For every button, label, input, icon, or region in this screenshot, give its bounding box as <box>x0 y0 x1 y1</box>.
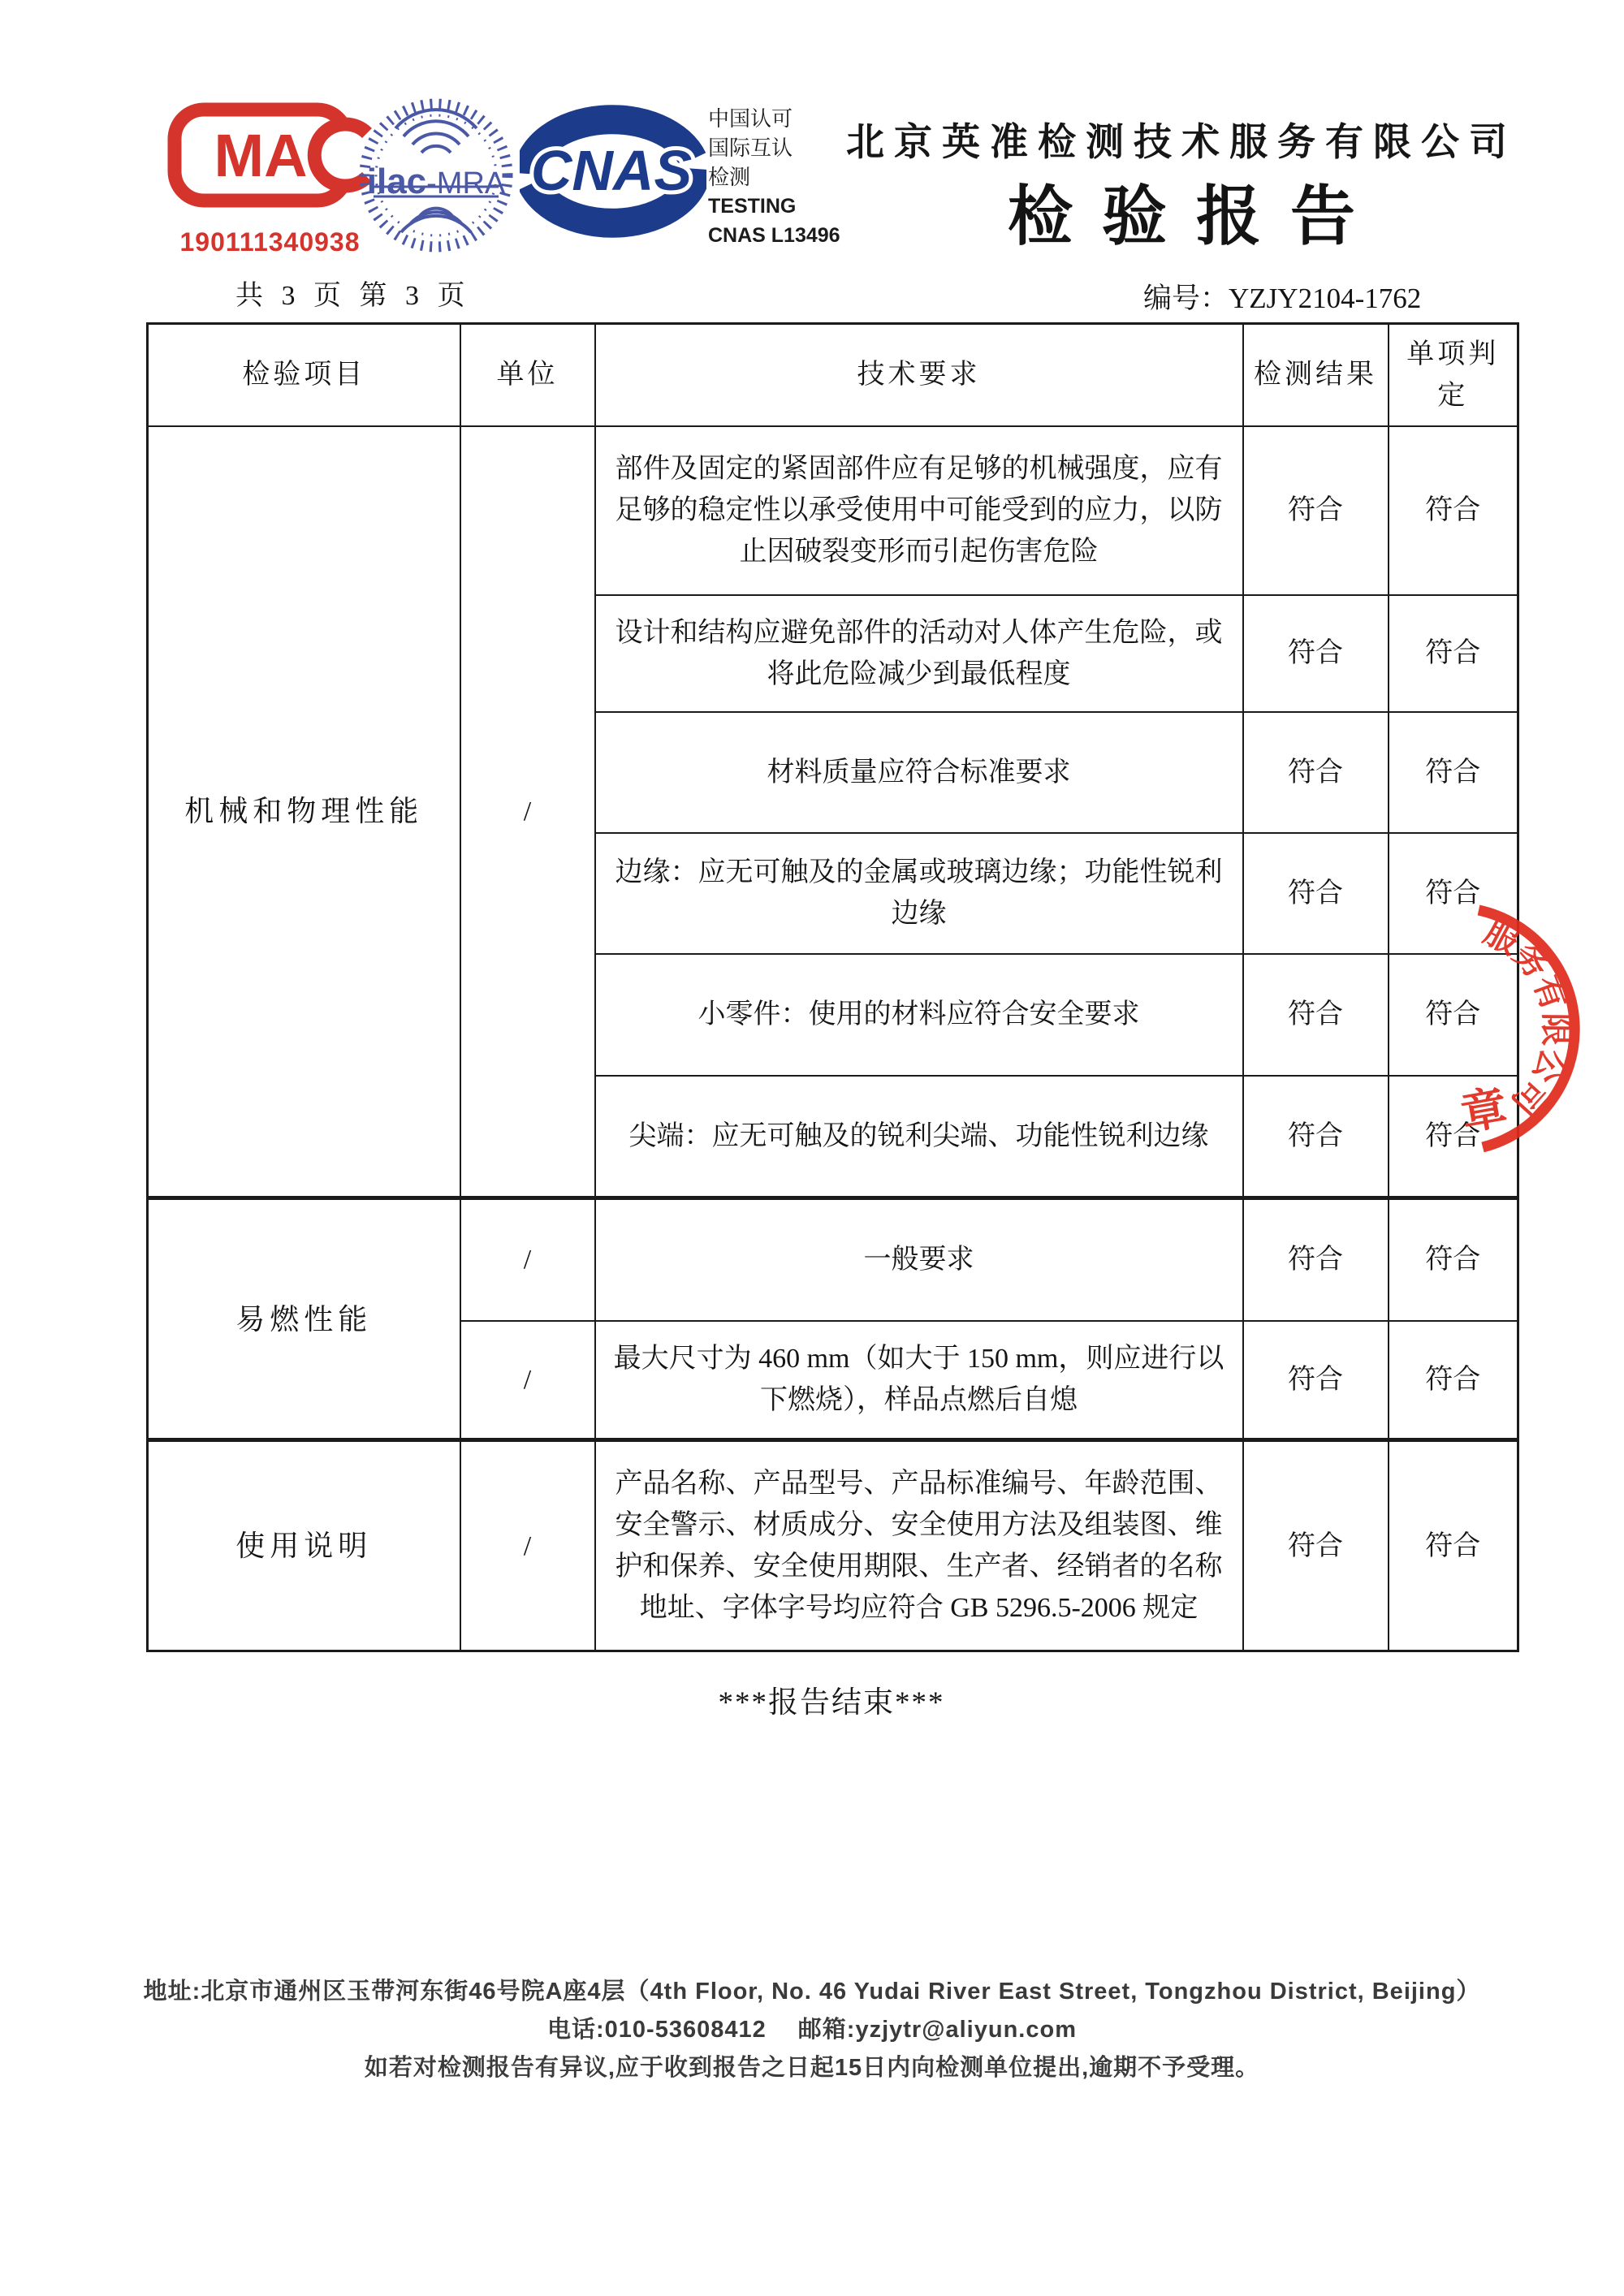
cnas-letters: CNAS <box>531 139 692 202</box>
footer-notice: 如若对检测报告有异议,应于收到报告之日起15日内向检测单位提出,逾期不予受理。 <box>0 2049 1624 2087</box>
cma-letters: MA <box>214 122 307 189</box>
report-number-label: 编号： <box>1143 283 1229 314</box>
result-cell: 符合 <box>1243 954 1389 1076</box>
unit-cell: / <box>460 1198 595 1321</box>
judge-cell: 符合 <box>1389 1321 1518 1440</box>
judge-cell: 符合 <box>1389 1076 1518 1198</box>
table-row: 机械和物理性能 / 部件及固定的紧固部件应有足够的机械强度，应有足够的稳定性以承… <box>148 426 1518 595</box>
table-row: 使用说明 / 产品名称、产品型号、产品标准编号、年龄范围、安全警示、材质成分、安… <box>148 1440 1518 1651</box>
ilac-mra-letters: ilac-MRA <box>367 162 506 201</box>
col-header-item: 检验项目 <box>148 324 460 426</box>
company-name: 北京英准检测技术服务有限公司 <box>820 112 1543 166</box>
col-header-result: 检测结果 <box>1243 324 1389 426</box>
item-flammability: 易燃性能 <box>148 1198 460 1440</box>
footer: 地址:北京市通州区玉带河东街46号院A座4层（4th Floor, No. 46… <box>0 1973 1624 2087</box>
col-header-unit: 单位 <box>460 324 595 426</box>
requirement-cell: 一般要求 <box>595 1198 1243 1321</box>
page-count: 共 3 页 第 3 页 <box>235 273 471 313</box>
table-header-row: 检验项目 单位 技术要求 检测结果 单项判定 <box>148 324 1518 426</box>
unit-cell: / <box>460 1440 595 1651</box>
requirement-cell: 材料质量应符合标准要求 <box>595 712 1243 833</box>
judge-cell: 符合 <box>1389 1440 1518 1651</box>
report-page: MA 190111340938 ilac-MRA CNAS 中国认可 国际互认 … <box>0 0 1624 2296</box>
footer-contact: 电话:010-53608412 邮箱:yzjytr@aliyun.com <box>0 2011 1624 2049</box>
result-cell: 符合 <box>1243 426 1389 595</box>
cma-logo-icon: MA <box>166 101 374 211</box>
item-instructions: 使用说明 <box>148 1440 460 1651</box>
judge-cell: 符合 <box>1389 954 1518 1076</box>
result-cell: 符合 <box>1243 833 1389 954</box>
table-row: 易燃性能 / 一般要求 符合 符合 <box>148 1198 1518 1321</box>
result-cell: 符合 <box>1243 1321 1389 1440</box>
requirement-cell: 部件及固定的紧固部件应有足够的机械强度，应有足够的稳定性以承受使用中可能受到的应… <box>595 426 1243 595</box>
requirement-cell: 边缘：应无可触及的金属或玻璃边缘；功能性锐利边缘 <box>595 833 1243 954</box>
result-cell: 符合 <box>1243 1440 1389 1651</box>
report-end-note: ***报告结束*** <box>146 1677 1517 1721</box>
judge-cell: 符合 <box>1389 426 1518 595</box>
col-header-judge: 单项判定 <box>1389 324 1518 426</box>
footer-address: 地址:北京市通州区玉带河东街46号院A座4层（4th Floor, No. 46… <box>0 1973 1624 2011</box>
result-cell: 符合 <box>1243 712 1389 833</box>
ilac-mra-logo-icon: ilac-MRA <box>356 96 518 258</box>
requirement-cell: 产品名称、产品型号、产品标准编号、年龄范围、安全警示、材质成分、安全使用方法及组… <box>595 1440 1243 1651</box>
cnas-logo-icon: CNAS <box>520 102 706 240</box>
result-cell: 符合 <box>1243 1076 1389 1198</box>
requirement-cell: 设计和结构应避免部件的活动对人体产生危险，或将此危险减少到最低程度 <box>595 595 1243 712</box>
item-mechanical: 机械和物理性能 <box>148 426 460 1198</box>
requirement-cell: 小零件：使用的材料应符合安全要求 <box>595 954 1243 1076</box>
report-number-value: YZJY2104-1762 <box>1229 283 1421 314</box>
requirement-cell: 尖端：应无可触及的锐利尖端、功能性锐利边缘 <box>595 1076 1243 1198</box>
inspection-table: 检验项目 单位 技术要求 检测结果 单项判定 机械和物理性能 / 部件及固定的紧… <box>146 322 1519 1652</box>
result-cell: 符合 <box>1243 595 1389 712</box>
unit-cell: / <box>460 1321 595 1440</box>
judge-cell: 符合 <box>1389 595 1518 712</box>
col-header-req: 技术要求 <box>595 324 1243 426</box>
cma-number: 190111340938 <box>166 227 374 257</box>
judge-cell: 符合 <box>1389 712 1518 833</box>
requirement-cell: 最大尺寸为 460 mm（如大于 150 mm，则应进行以下燃烧），样品点燃后自… <box>595 1321 1243 1440</box>
result-cell: 符合 <box>1243 1198 1389 1321</box>
unit-cell: / <box>460 426 595 1198</box>
judge-cell: 符合 <box>1389 1198 1518 1321</box>
judge-cell: 符合 <box>1389 833 1518 954</box>
report-number: 编号：YZJY2104-1762 <box>1143 276 1421 317</box>
page-title: 检验报告 <box>820 164 1543 257</box>
